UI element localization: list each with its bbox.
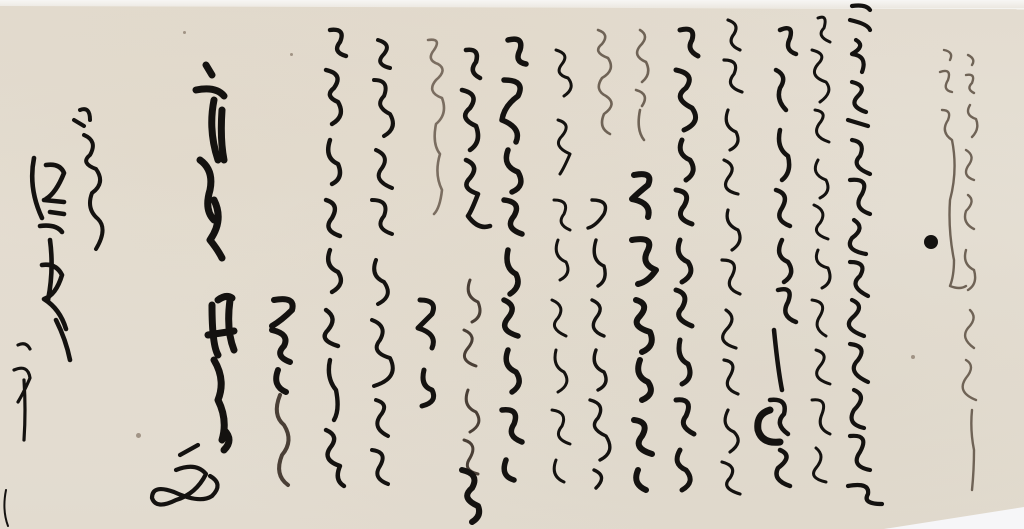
body-col-3 bbox=[770, 28, 796, 486]
body-col-9 bbox=[502, 39, 526, 480]
date-col bbox=[196, 65, 224, 258]
body-col-12 bbox=[372, 40, 393, 484]
body-col-11 bbox=[418, 300, 434, 406]
body-col-11-faint bbox=[428, 40, 444, 214]
postscript-col-1 bbox=[963, 55, 978, 490]
postscript-faint-columns bbox=[940, 50, 977, 490]
paper-stain bbox=[183, 31, 186, 34]
body-col-4 bbox=[722, 20, 742, 494]
body-col-7-faint bbox=[598, 30, 612, 134]
paper-stain bbox=[136, 433, 141, 438]
closing-col bbox=[272, 299, 293, 392]
postscript-col-2 bbox=[940, 50, 966, 288]
body-col-6 bbox=[632, 174, 656, 490]
signature-col bbox=[208, 296, 234, 450]
body-col-1 bbox=[848, 6, 882, 505]
addressee-col bbox=[32, 158, 70, 360]
body-col-6-faint bbox=[636, 30, 648, 140]
body-col-10 bbox=[462, 50, 490, 227]
body-col-10-lower bbox=[464, 280, 480, 474]
document-type: handwritten letter (sōsho cursive callig… bbox=[0, 0, 1, 1]
kao-monogram-icon bbox=[152, 445, 218, 505]
letter-photograph: 源三郎殿 花押 (cursive monogram signature, low… bbox=[0, 0, 1024, 529]
body-col-10-heavy-char bbox=[462, 470, 479, 522]
calligraphy-ink-layer bbox=[0, 0, 1024, 529]
body-col-5 bbox=[676, 29, 698, 490]
body-col-3-heavy-stroke bbox=[758, 410, 780, 442]
main-body-columns bbox=[4, 6, 882, 527]
paper-stain bbox=[911, 355, 915, 359]
left-edge-stroke bbox=[4, 490, 8, 526]
address-honorific-col bbox=[74, 109, 103, 249]
body-col-13 bbox=[325, 30, 346, 486]
body-col-7 bbox=[588, 200, 610, 488]
body-col-2 bbox=[812, 17, 830, 482]
paper-stain bbox=[290, 53, 293, 56]
ink-blot-icon bbox=[924, 235, 938, 249]
address-sub-col bbox=[14, 344, 30, 440]
body-col-8 bbox=[552, 50, 571, 482]
closing-col-tail bbox=[277, 395, 289, 485]
